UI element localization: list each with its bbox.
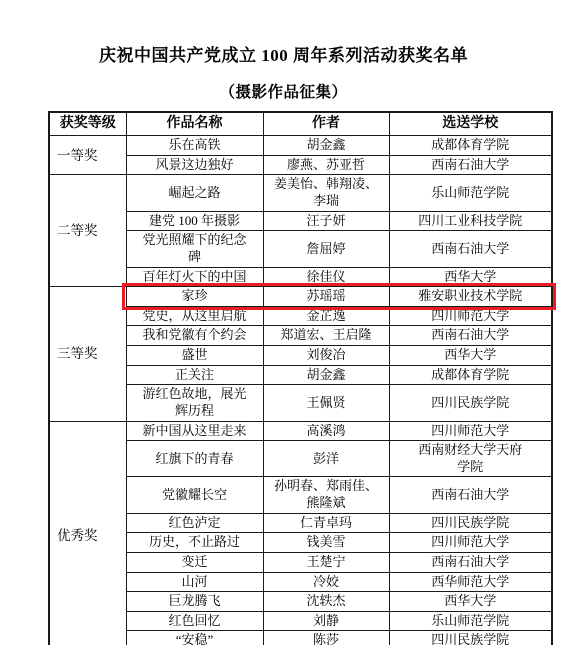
cell-work-title: 家珍 [126,287,263,307]
cell-school: 四川民族学院 [389,513,552,533]
header-school: 选送学校 [389,112,552,136]
cell-author: 彭洋 [263,441,389,477]
awards-table: 获奖等级 作品名称 作者 选送学校 一等奖乐在高铁胡金鑫成都体育学院风景这边独好… [48,111,553,645]
cell-school: 成都体育学院 [389,136,552,156]
cell-work-title: 新中国从这里走来 [126,421,263,441]
cell-author: 王楚宁 [263,552,389,572]
cell-school: 四川师范大学 [389,306,552,326]
cell-school: 西华大学 [389,592,552,612]
cell-author: 郑道宏、王启隆 [263,326,389,346]
cell-work-title: 游红色故地，展光 辉历程 [126,385,263,421]
cell-author: 钱美雪 [263,533,389,553]
cell-work-title: 红旗下的青春 [126,441,263,477]
cell-school: 四川师范大学 [389,421,552,441]
cell-school: 西南石油大学 [389,155,552,175]
cell-work-title: 崛起之路 [126,175,263,211]
cell-work-title: 巨龙腾飞 [126,592,263,612]
cell-work-title: 党光照耀下的纪念 碑 [126,231,263,267]
cell-school: 西南财经大学天府 学院 [389,441,552,477]
cell-work-title: 建党 100 年摄影 [126,211,263,231]
document-page: 庆祝中国共产党成立 100 周年系列活动获奖名单 （摄影作品征集） 获奖等级 作… [0,0,567,645]
cell-work-title: 乐在高铁 [126,136,263,156]
cell-work-title: 百年灯火下的中国 [126,267,263,287]
cell-school: 四川民族学院 [389,385,552,421]
cell-work-title: 盛世 [126,346,263,366]
cell-school: 四川师范大学 [389,533,552,553]
cell-school: 四川民族学院 [389,631,552,645]
cell-work-title: 党史，从这里启航 [126,306,263,326]
cell-work-title: 风景这边独好 [126,155,263,175]
cell-author: 高溪鸿 [263,421,389,441]
awards-table-body: 一等奖乐在高铁胡金鑫成都体育学院风景这边独好廖燕、苏亚哲西南石油大学二等奖崛起之… [49,136,552,645]
cell-author: 陈莎 [263,631,389,645]
document-title: 庆祝中国共产党成立 100 周年系列活动获奖名单 [0,0,567,66]
cell-school: 成都体育学院 [389,365,552,385]
cell-school: 西南石油大学 [389,326,552,346]
cell-school: 西南石油大学 [389,231,552,267]
cell-author: 王佩贤 [263,385,389,421]
cell-author: 孙明春、郑雨佳、 熊隆斌 [263,477,389,513]
table-row: 三等奖家珍苏瑶瑶雅安职业技术学院 [49,287,552,307]
cell-award-tier: 二等奖 [49,175,126,287]
cell-work-title: 我和党徽有个约会 [126,326,263,346]
table-header-row: 获奖等级 作品名称 作者 选送学校 [49,112,552,136]
cell-school: 雅安职业技术学院 [389,287,552,307]
cell-work-title: 红色回忆 [126,611,263,631]
cell-award-tier: 优秀奖 [49,421,126,645]
cell-school: 西华师范大学 [389,572,552,592]
cell-school: 西华大学 [389,267,552,287]
cell-author: 徐佳仪 [263,267,389,287]
cell-school: 西南石油大学 [389,552,552,572]
cell-author: 胡金鑫 [263,365,389,385]
header-work-title: 作品名称 [126,112,263,136]
header-award-tier: 获奖等级 [49,112,126,136]
cell-author: 刘静 [263,611,389,631]
cell-author: 冷姣 [263,572,389,592]
table-row: 二等奖崛起之路姜美怡、韩翔凌、 李瑞乐山师范学院 [49,175,552,211]
cell-author: 仁青卓玛 [263,513,389,533]
cell-author: 汪子妍 [263,211,389,231]
document-subtitle: （摄影作品征集） [0,66,567,102]
cell-author: 廖燕、苏亚哲 [263,155,389,175]
cell-author: 苏瑶瑶 [263,287,389,307]
cell-author: 刘俊冶 [263,346,389,366]
cell-author: 沈轶杰 [263,592,389,612]
cell-author: 胡金鑫 [263,136,389,156]
cell-work-title: 正关注 [126,365,263,385]
cell-award-tier: 三等奖 [49,287,126,421]
cell-school: 乐山师范学院 [389,611,552,631]
cell-work-title: 历史，不止路过 [126,533,263,553]
cell-work-title: “安稳” [126,631,263,645]
cell-school: 乐山师范学院 [389,175,552,211]
cell-author: 詹屈婷 [263,231,389,267]
cell-work-title: 党徽耀长空 [126,477,263,513]
table-row: 一等奖乐在高铁胡金鑫成都体育学院 [49,136,552,156]
cell-work-title: 山河 [126,572,263,592]
header-author: 作者 [263,112,389,136]
table-row: 优秀奖新中国从这里走来高溪鸿四川师范大学 [49,421,552,441]
cell-school: 西南石油大学 [389,477,552,513]
cell-work-title: 红色泸定 [126,513,263,533]
cell-author: 金芷逸 [263,306,389,326]
cell-school: 四川工业科技学院 [389,211,552,231]
cell-work-title: 变迁 [126,552,263,572]
cell-school: 西华大学 [389,346,552,366]
cell-author: 姜美怡、韩翔凌、 李瑞 [263,175,389,211]
cell-award-tier: 一等奖 [49,136,126,175]
